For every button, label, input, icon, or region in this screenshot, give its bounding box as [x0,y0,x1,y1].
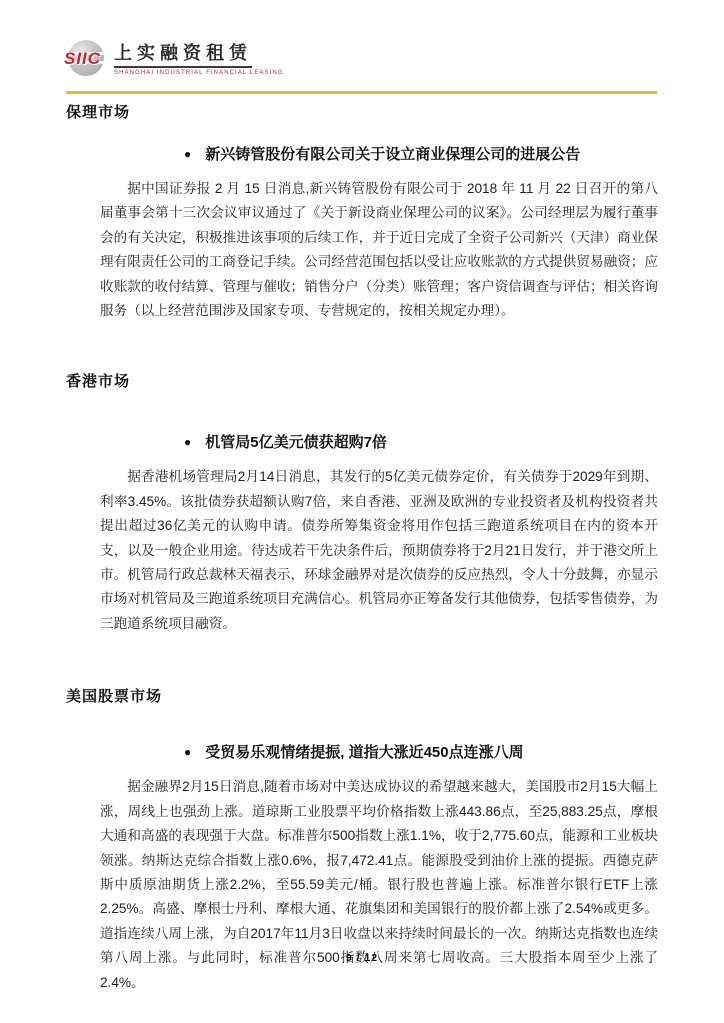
logo-name-english: SHANGHAI INDUSTRIAL FINANCIAL LEASING [114,70,284,76]
bullet-icon: ● [184,435,191,449]
article-headline: ● 新兴铸管股份有限公司关于设立商业保理公司的进展公告 [66,143,658,164]
section-title-factoring-market: 保理市场 [66,101,658,122]
article-headline-text: 新兴铸管股份有限公司关于设立商业保理公司的进展公告 [205,143,580,164]
article-headline: ● 机管局5亿美元债获超购7倍 [66,431,658,452]
article-headline: ● 受贸易乐观情绪提振, 道指大涨近450点连涨八周 [66,741,658,762]
bullet-icon: ● [184,745,191,759]
article-body: 据香港机场管理局2月14日消息，其发行的5亿美元债券定价，有关债券于2029年到… [100,465,658,636]
globe-icon: SIIC [66,40,106,78]
article-headline-text: 机管局5亿美元债获超购7倍 [205,431,387,452]
bullet-icon: ● [184,147,191,161]
section-title-us-stock-market: 美国股票市场 [66,685,658,706]
logo-siic-text: SIIC [64,49,101,69]
section-title-hongkong-market: 香港市场 [66,370,658,391]
logo-name-chinese: 上实融资租赁 [114,42,252,68]
header-divider [66,91,657,94]
page-footer: 9 / 12 [0,948,724,966]
article-body: 据中国证券报 2 月 15 日消息,新兴铸管股份有限公司于 2018 年 11 … [100,177,658,323]
article-headline-text: 受贸易乐观情绪提振, 道指大涨近450点连涨八周 [205,741,523,762]
company-logo: SIIC 上实融资租赁 SHANGHAI INDUSTRIAL FINANCIA… [66,38,658,84]
logo-names: 上实融资租赁 SHANGHAI INDUSTRIAL FINANCIAL LEA… [114,38,284,76]
document-page: SIIC 上实融资租赁 SHANGHAI INDUSTRIAL FINANCIA… [0,0,724,995]
page-number: 9 / 12 [346,952,378,964]
